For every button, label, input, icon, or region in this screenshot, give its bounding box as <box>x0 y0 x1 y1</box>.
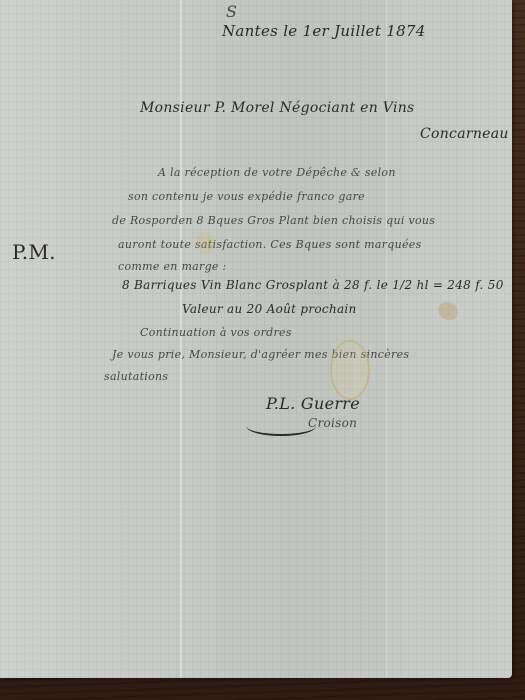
body-line: auront toute satisfaction. Ces Bques son… <box>118 238 422 251</box>
body-line: Continuation à vos ordres <box>140 326 292 339</box>
signature-name: P.L. Guerre <box>266 394 360 413</box>
top-mark: S <box>226 2 237 21</box>
letter-page: S Nantes le 1er Juillet 1874 Monsieur P.… <box>0 0 512 678</box>
ink-stain <box>196 232 214 254</box>
signature-flourish <box>246 416 316 436</box>
body-line: salutations <box>104 370 168 383</box>
addressee-city: Concarneau <box>420 126 509 142</box>
addressee-line: Monsieur P. Morel Négociant en Vins <box>140 100 415 116</box>
body-line: son contenu je vous expédie franco gare <box>128 190 365 203</box>
body-line: de Rosporden 8 Bques Gros Plant bien cho… <box>112 214 435 227</box>
body-line-order: 8 Barriques Vin Blanc Grosplant à 28 f. … <box>122 278 504 292</box>
oval-stamp <box>330 340 370 400</box>
body-line-terms: Valeur au 20 Août prochain <box>182 302 357 316</box>
margin-note: P.M. <box>12 240 56 264</box>
ink-stain <box>438 302 458 320</box>
body-line: comme en marge : <box>118 260 227 273</box>
body-line: A la réception de votre Dépêche & selon <box>158 166 396 179</box>
dateline: Nantes le 1er Juillet 1874 <box>222 22 426 40</box>
